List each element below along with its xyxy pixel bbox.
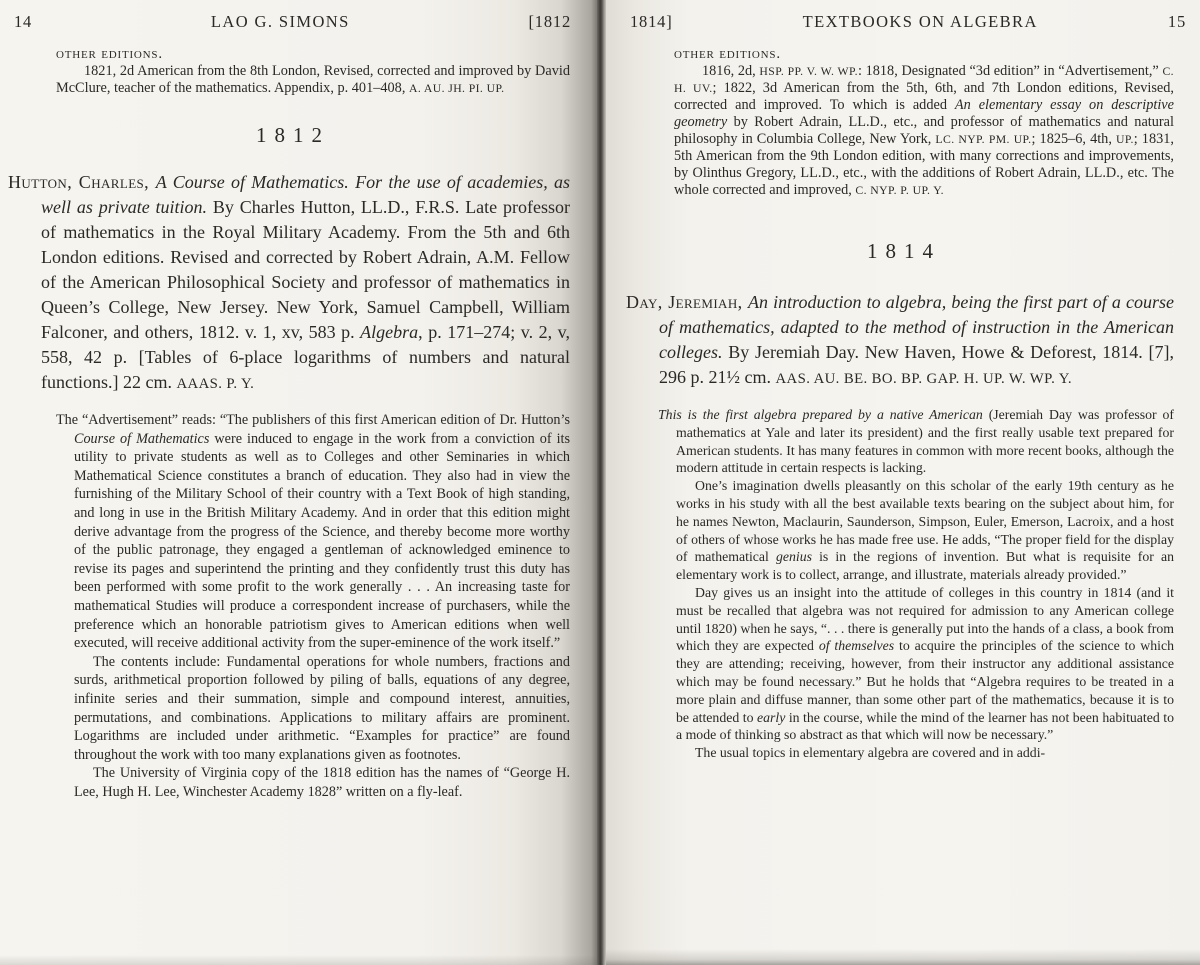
- annotation-paragraph: Day gives us an insight into the attitud…: [676, 584, 1174, 744]
- left-other-editions-section: other editions. 1821, 2d American from t…: [56, 46, 570, 97]
- binding-gutter: [597, 0, 606, 965]
- annotation-paragraph: One’s imagination dwells pleasantly on t…: [676, 477, 1174, 584]
- left-page-number: 14: [14, 12, 32, 32]
- entry-body: By Charles Hutton, LL.D., F.R.S. Late pr…: [41, 197, 570, 342]
- annotation-text: were induced to engage in the work from …: [74, 431, 570, 652]
- day-annotation: This is the first algebra prepared by a …: [676, 406, 1174, 762]
- left-running-title: LAO G. SIMONS: [211, 12, 350, 32]
- year-heading-1812: 1812: [8, 123, 570, 148]
- left-year-marker: [1812: [529, 12, 572, 32]
- right-page: 1814] TEXTBOOKS ON ALGEBRA 15 other edit…: [606, 0, 1200, 965]
- other-editions-text: : 1818, Designated “3d edition” in “Adve…: [858, 63, 1163, 79]
- annotation-paragraph: The “Advertisement” reads: “The publishe…: [74, 411, 570, 653]
- right-running-title: TEXTBOOKS ON ALGEBRA: [803, 12, 1038, 32]
- library-sigla: AAAS. P. Y.: [176, 376, 254, 392]
- hutton-annotation: The “Advertisement” reads: “The publishe…: [74, 411, 570, 801]
- library-sigla: AAS. AU. BE. BO. BP. GAP. H. UP. W. WP. …: [776, 371, 1072, 387]
- annotation-text: The “Advertisement” reads: “The publishe…: [56, 412, 570, 428]
- library-sigla: HSP. PP. V. W. WP.: [759, 65, 858, 78]
- right-year-marker: 1814]: [630, 12, 673, 32]
- annotation-paragraph: The University of Virginia copy of the 1…: [74, 764, 570, 801]
- annotation-italic-lead: This is the first algebra prepared by a …: [658, 407, 983, 422]
- library-sigla: UP.: [1116, 133, 1134, 146]
- left-page-content: other editions. 1821, 2d American from t…: [8, 46, 570, 801]
- library-sigla: C. NYP. P. UP. Y.: [855, 184, 944, 197]
- other-editions-label: other editions.: [56, 46, 570, 63]
- left-page-header: 14 LAO G. SIMONS [1812: [0, 12, 597, 32]
- early-italic: early: [757, 710, 785, 725]
- cited-title: Course of Mathematics: [74, 431, 209, 447]
- annotation-paragraph: This is the first algebra prepared by a …: [676, 406, 1174, 477]
- of-themselves-italic: of themselves: [819, 638, 894, 653]
- other-editions-paragraph: 1816, 2d, HSP. PP. V. W. WP.: 1818, Desi…: [674, 63, 1174, 199]
- annotation-paragraph: The contents include: Fundamental operat…: [74, 653, 570, 765]
- library-sigla: A. AU. JH. PI. UP.: [409, 82, 504, 95]
- right-other-editions-section: other editions. 1816, 2d, HSP. PP. V. W.…: [674, 46, 1174, 199]
- right-page-number: 15: [1168, 12, 1186, 32]
- other-editions-text: ; 1825–6, 4th,: [1032, 131, 1116, 147]
- other-editions-text: 1816, 2d,: [702, 63, 759, 79]
- genius-italic: genius: [776, 549, 812, 564]
- right-page-content: other editions. 1816, 2d, HSP. PP. V. W.…: [626, 46, 1174, 762]
- author-name: Hutton, Charles,: [8, 172, 156, 192]
- library-sigla: LC. NYP. PM. UP.: [935, 133, 1031, 146]
- other-editions-paragraph: 1821, 2d American from the 8th London, R…: [56, 63, 570, 97]
- right-page-header: 1814] TEXTBOOKS ON ALGEBRA 15: [606, 12, 1200, 32]
- left-page: 14 LAO G. SIMONS [1812 other editions. 1…: [0, 0, 597, 965]
- year-heading-1814: 1814: [626, 239, 1174, 264]
- author-name: Day, Jeremiah,: [626, 292, 748, 312]
- other-editions-label: other editions.: [674, 46, 1174, 63]
- hutton-entry: Hutton, Charles, A Course of Mathematics…: [8, 170, 570, 397]
- algebra-italic: Algebra: [360, 322, 418, 342]
- day-entry: Day, Jeremiah, An introduction to algebr…: [626, 290, 1174, 392]
- annotation-paragraph: The usual topics in elementary algebra a…: [676, 744, 1174, 762]
